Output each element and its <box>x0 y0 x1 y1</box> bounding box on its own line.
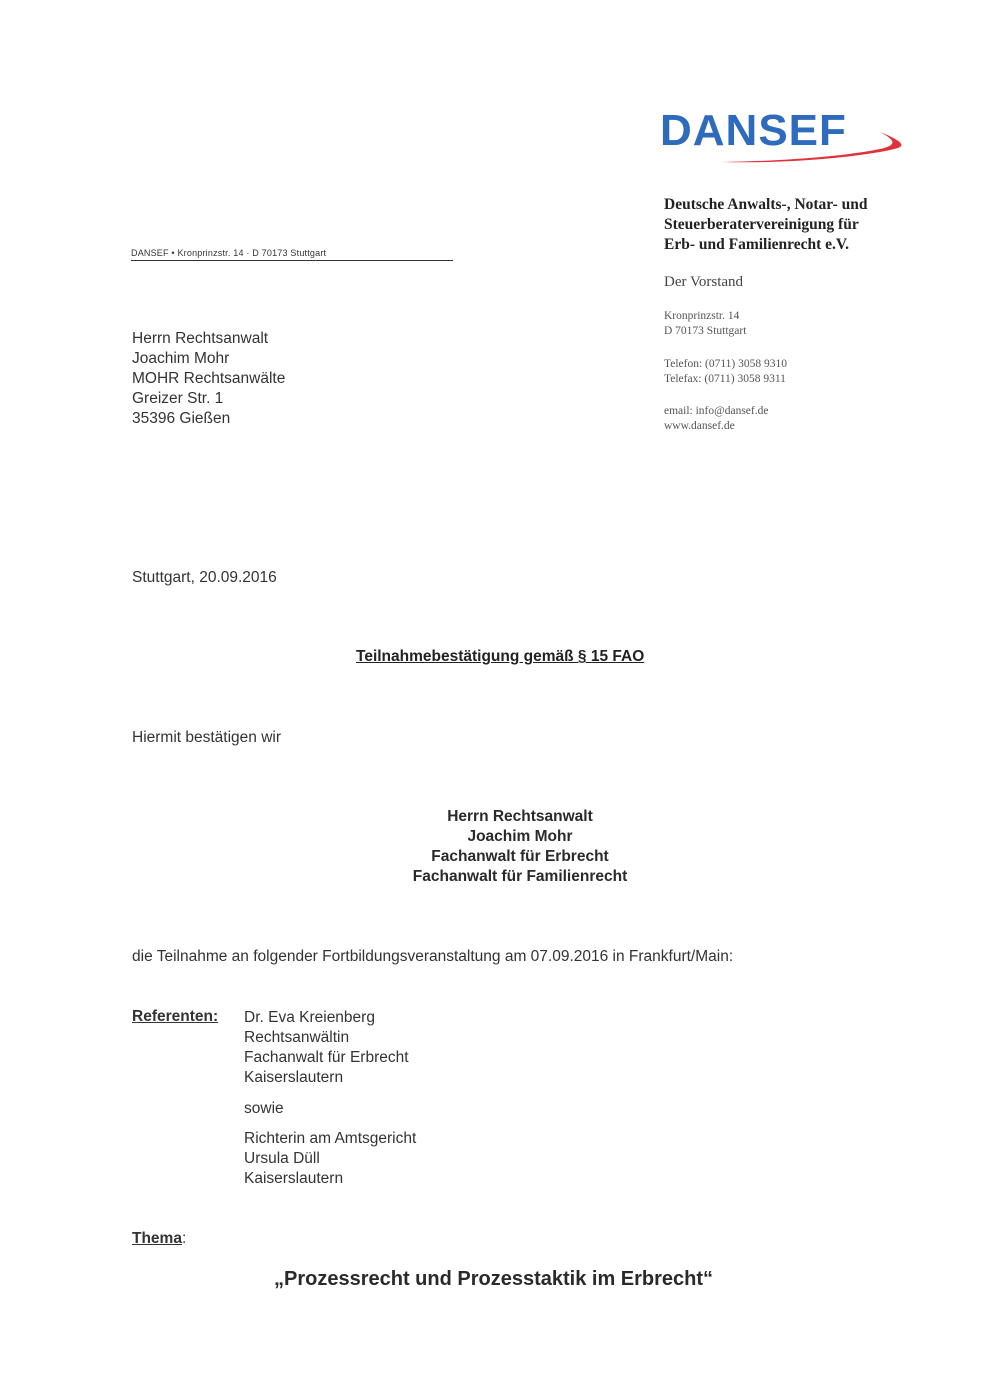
speaker-line: Rechtsanwältin <box>244 1028 409 1048</box>
org-fax-line: Telefax: (0711) 3058 9311 <box>664 372 787 387</box>
speaker-line: Richterin am Amtsgericht <box>244 1129 416 1149</box>
dansef-logo: DANSEF <box>660 108 905 168</box>
org-phone-line: Telefon: (0711) 3058 9310 <box>664 357 787 372</box>
org-email[interactable]: email: info@dansef.de <box>664 404 768 419</box>
org-website[interactable]: www.dansef.de <box>664 419 768 434</box>
recipient-line: MOHR Rechtsanwälte <box>132 369 285 389</box>
sender-return-address: DANSEF • Kronprinzstr. 14 · D 70173 Stut… <box>131 248 453 261</box>
recipient-line: Herrn Rechtsanwalt <box>132 329 285 349</box>
org-phone: Telefon: (0711) 3058 9310 Telefax: (0711… <box>664 357 787 387</box>
letter-date: Stuttgart, 20.09.2016 <box>132 569 277 587</box>
speaker-line: Dr. Eva Kreienberg <box>244 1008 409 1028</box>
org-contact: email: info@dansef.de www.dansef.de <box>664 404 768 434</box>
org-name: Deutsche Anwalts-, Notar- und Steuerbera… <box>664 195 868 255</box>
org-address-line: D 70173 Stuttgart <box>664 324 746 339</box>
honoree-line: Joachim Mohr <box>330 827 710 847</box>
recipient-line: 35396 Gießen <box>132 409 285 429</box>
org-name-line: Erb- und Familienrecht e.V. <box>664 235 868 255</box>
honoree-line: Fachanwalt für Erbrecht <box>330 847 710 867</box>
intro-text: Hiermit bestätigen wir <box>132 729 281 747</box>
org-address-line: Kronprinzstr. 14 <box>664 309 746 324</box>
honoree-line: Fachanwalt für Familienrecht <box>330 867 710 887</box>
speaker-line: Kaiserslautern <box>244 1068 409 1088</box>
org-name-line: Steuerberatervereinigung für <box>664 215 868 235</box>
event-description: die Teilnahme an folgender Fortbildungsv… <box>132 948 733 966</box>
speaker-2: Richterin am Amtsgericht Ursula Düll Kai… <box>244 1129 416 1189</box>
speaker-1: Dr. Eva Kreienberg Rechtsanwältin Fachan… <box>244 1008 409 1088</box>
speaker-line: Fachanwalt für Erbrecht <box>244 1048 409 1068</box>
topic-title: „Prozessrecht und Prozesstaktik im Erbre… <box>274 1268 713 1291</box>
swoosh-icon <box>720 118 905 166</box>
speakers-label: Referenten: <box>132 1008 218 1026</box>
speaker-line: Ursula Düll <box>244 1149 416 1169</box>
recipient-address: Herrn Rechtsanwalt Joachim Mohr MOHR Rec… <box>132 329 285 429</box>
honoree-block: Herrn Rechtsanwalt Joachim Mohr Fachanwa… <box>330 807 710 887</box>
topic-label-colon: : <box>182 1230 186 1247</box>
honoree-line: Herrn Rechtsanwalt <box>330 807 710 827</box>
topic-label: Thema: <box>132 1230 186 1248</box>
org-address: Kronprinzstr. 14 D 70173 Stuttgart <box>664 309 746 339</box>
speakers-conjunction: sowie <box>244 1099 284 1119</box>
org-board: Der Vorstand <box>664 274 743 291</box>
topic-label-text: Thema <box>132 1230 182 1247</box>
letter-subject: Teilnahmebestätigung gemäß § 15 FAO <box>356 648 644 666</box>
speaker-line: Kaiserslautern <box>244 1169 416 1189</box>
org-name-line: Deutsche Anwalts-, Notar- und <box>664 195 868 215</box>
recipient-line: Greizer Str. 1 <box>132 389 285 409</box>
recipient-line: Joachim Mohr <box>132 349 285 369</box>
